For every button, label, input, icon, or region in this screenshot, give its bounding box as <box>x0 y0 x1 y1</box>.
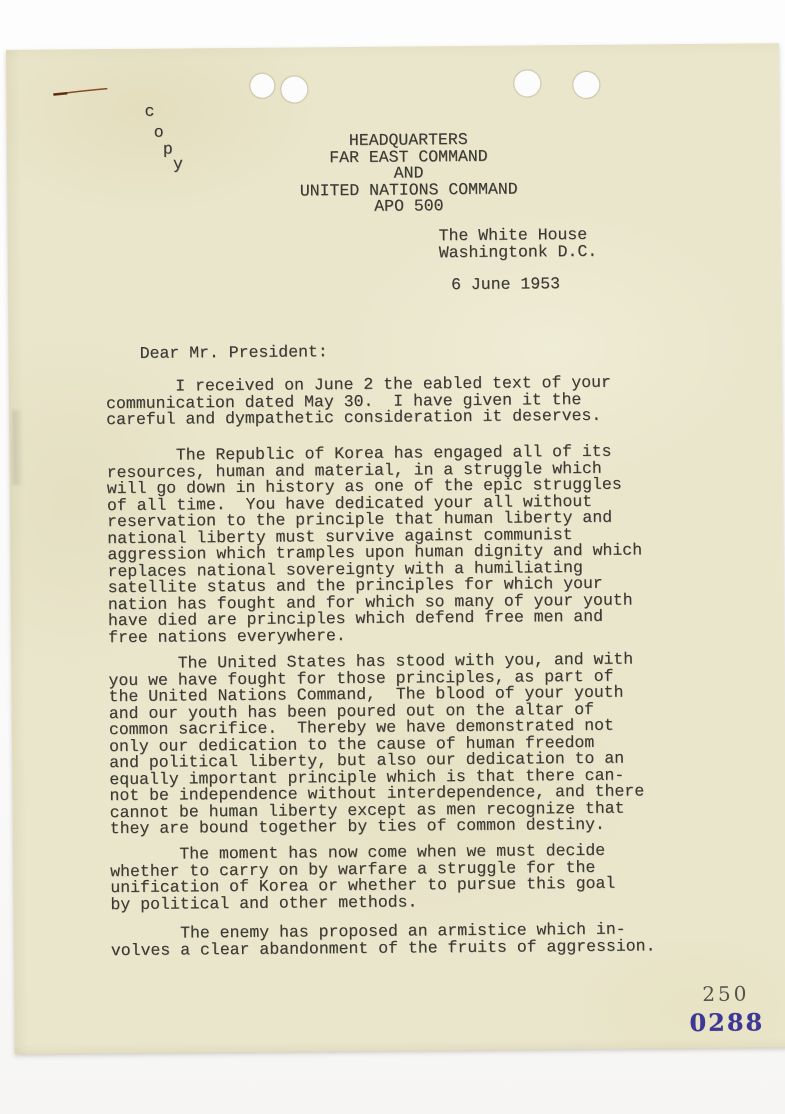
inside-address: The White House Washingtonk D.C. <box>439 227 598 261</box>
punch-hole <box>281 76 307 102</box>
copy-letter: c <box>144 104 154 121</box>
smudge-mark <box>12 410 27 485</box>
folio-number: 250 <box>702 982 749 1006</box>
body-paragraph: The moment has now come when we must dec… <box>110 843 616 913</box>
body-paragraph: I received on June 2 the eabled text of … <box>106 375 611 429</box>
scanned-letter-page: c o p y HEADQUARTERS FAR EAST COMMAND AN… <box>6 43 785 1054</box>
punch-hole <box>573 72 599 98</box>
body-paragraph: The enemy has proposed an armistice whic… <box>111 921 656 959</box>
punch-hole <box>250 74 274 98</box>
date-line: 6 June 1953 <box>451 276 560 293</box>
scratch-mark <box>51 83 111 100</box>
punch-hole <box>514 70 540 96</box>
stamp-number: 0288 <box>689 1007 764 1037</box>
body-paragraph: The United States has stood with you, an… <box>108 651 644 837</box>
salutation: Dear Mr. President: <box>140 344 328 362</box>
letterhead: HEADQUARTERS FAR EAST COMMAND AND UNITED… <box>7 129 785 218</box>
body-paragraph: The Republic of Korea has engaged all of… <box>106 443 642 646</box>
